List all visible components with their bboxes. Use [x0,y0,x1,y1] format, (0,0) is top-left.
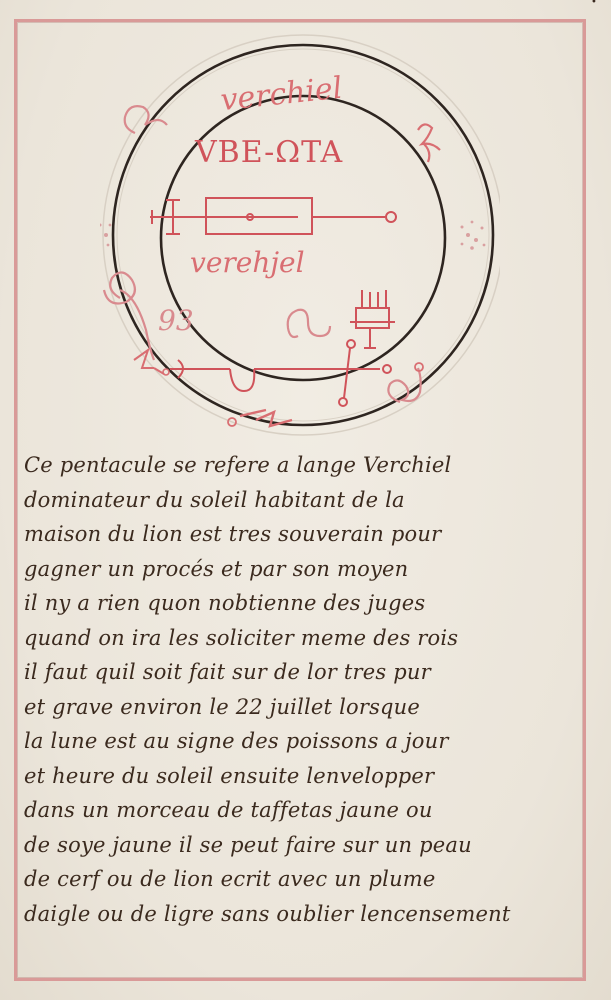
ring-glyph-top-right [418,124,440,162]
leo-sign-inner [288,310,330,337]
text-line: il ny a rien quon nobtienne des juges [24,586,584,621]
grid-sigil [350,290,395,348]
text-line: la lune est au signe des poissons a jour [24,724,584,759]
text-line: et heure du soleil ensuite lenvelopper [24,759,584,794]
text-line: de soye jaune il se peut faire sur un pe… [24,828,584,863]
sun-face-left [100,224,111,247]
seal-top-word: VBE-ΩTA [194,135,343,170]
text-line: maison du lion est tres souverain pour [24,517,584,552]
pentacle-seal: verchiel [100,30,500,440]
sun-face-right [461,221,486,250]
text-line: quand on ira les soliciter meme des rois [24,621,584,656]
upper-sigil [150,198,396,234]
text-line: Ce pentacule se refere a lange Verchiel [24,448,584,483]
text-line: et grave environ le 22 juillet lorsque [24,690,584,725]
text-line: daigle ou de ligre sans oublier lencense… [24,897,584,932]
manuscript-page: • ʼ verchiel [0,0,611,1000]
seal-middle-name: verehjel [190,246,305,279]
ring-name-text: verchiel [219,71,344,119]
text-line: de cerf ou de lion ecrit avec un plume [24,862,584,897]
text-line: il faut quil soit fait sur de lor tres p… [24,655,584,690]
text-line: gagner un procés et par son moyen [24,552,584,587]
corner-ink-mark: • ʼ [591,0,605,6]
manuscript-text: Ce pentacule se refere a lange Verchiel … [24,448,584,931]
seal-number: 93 [158,304,194,337]
text-line: dans un morceau de taffetas jaune ou [24,793,584,828]
ring-spiral-left [104,272,154,360]
text-line: dominateur du soleil habitant de la [24,483,584,518]
